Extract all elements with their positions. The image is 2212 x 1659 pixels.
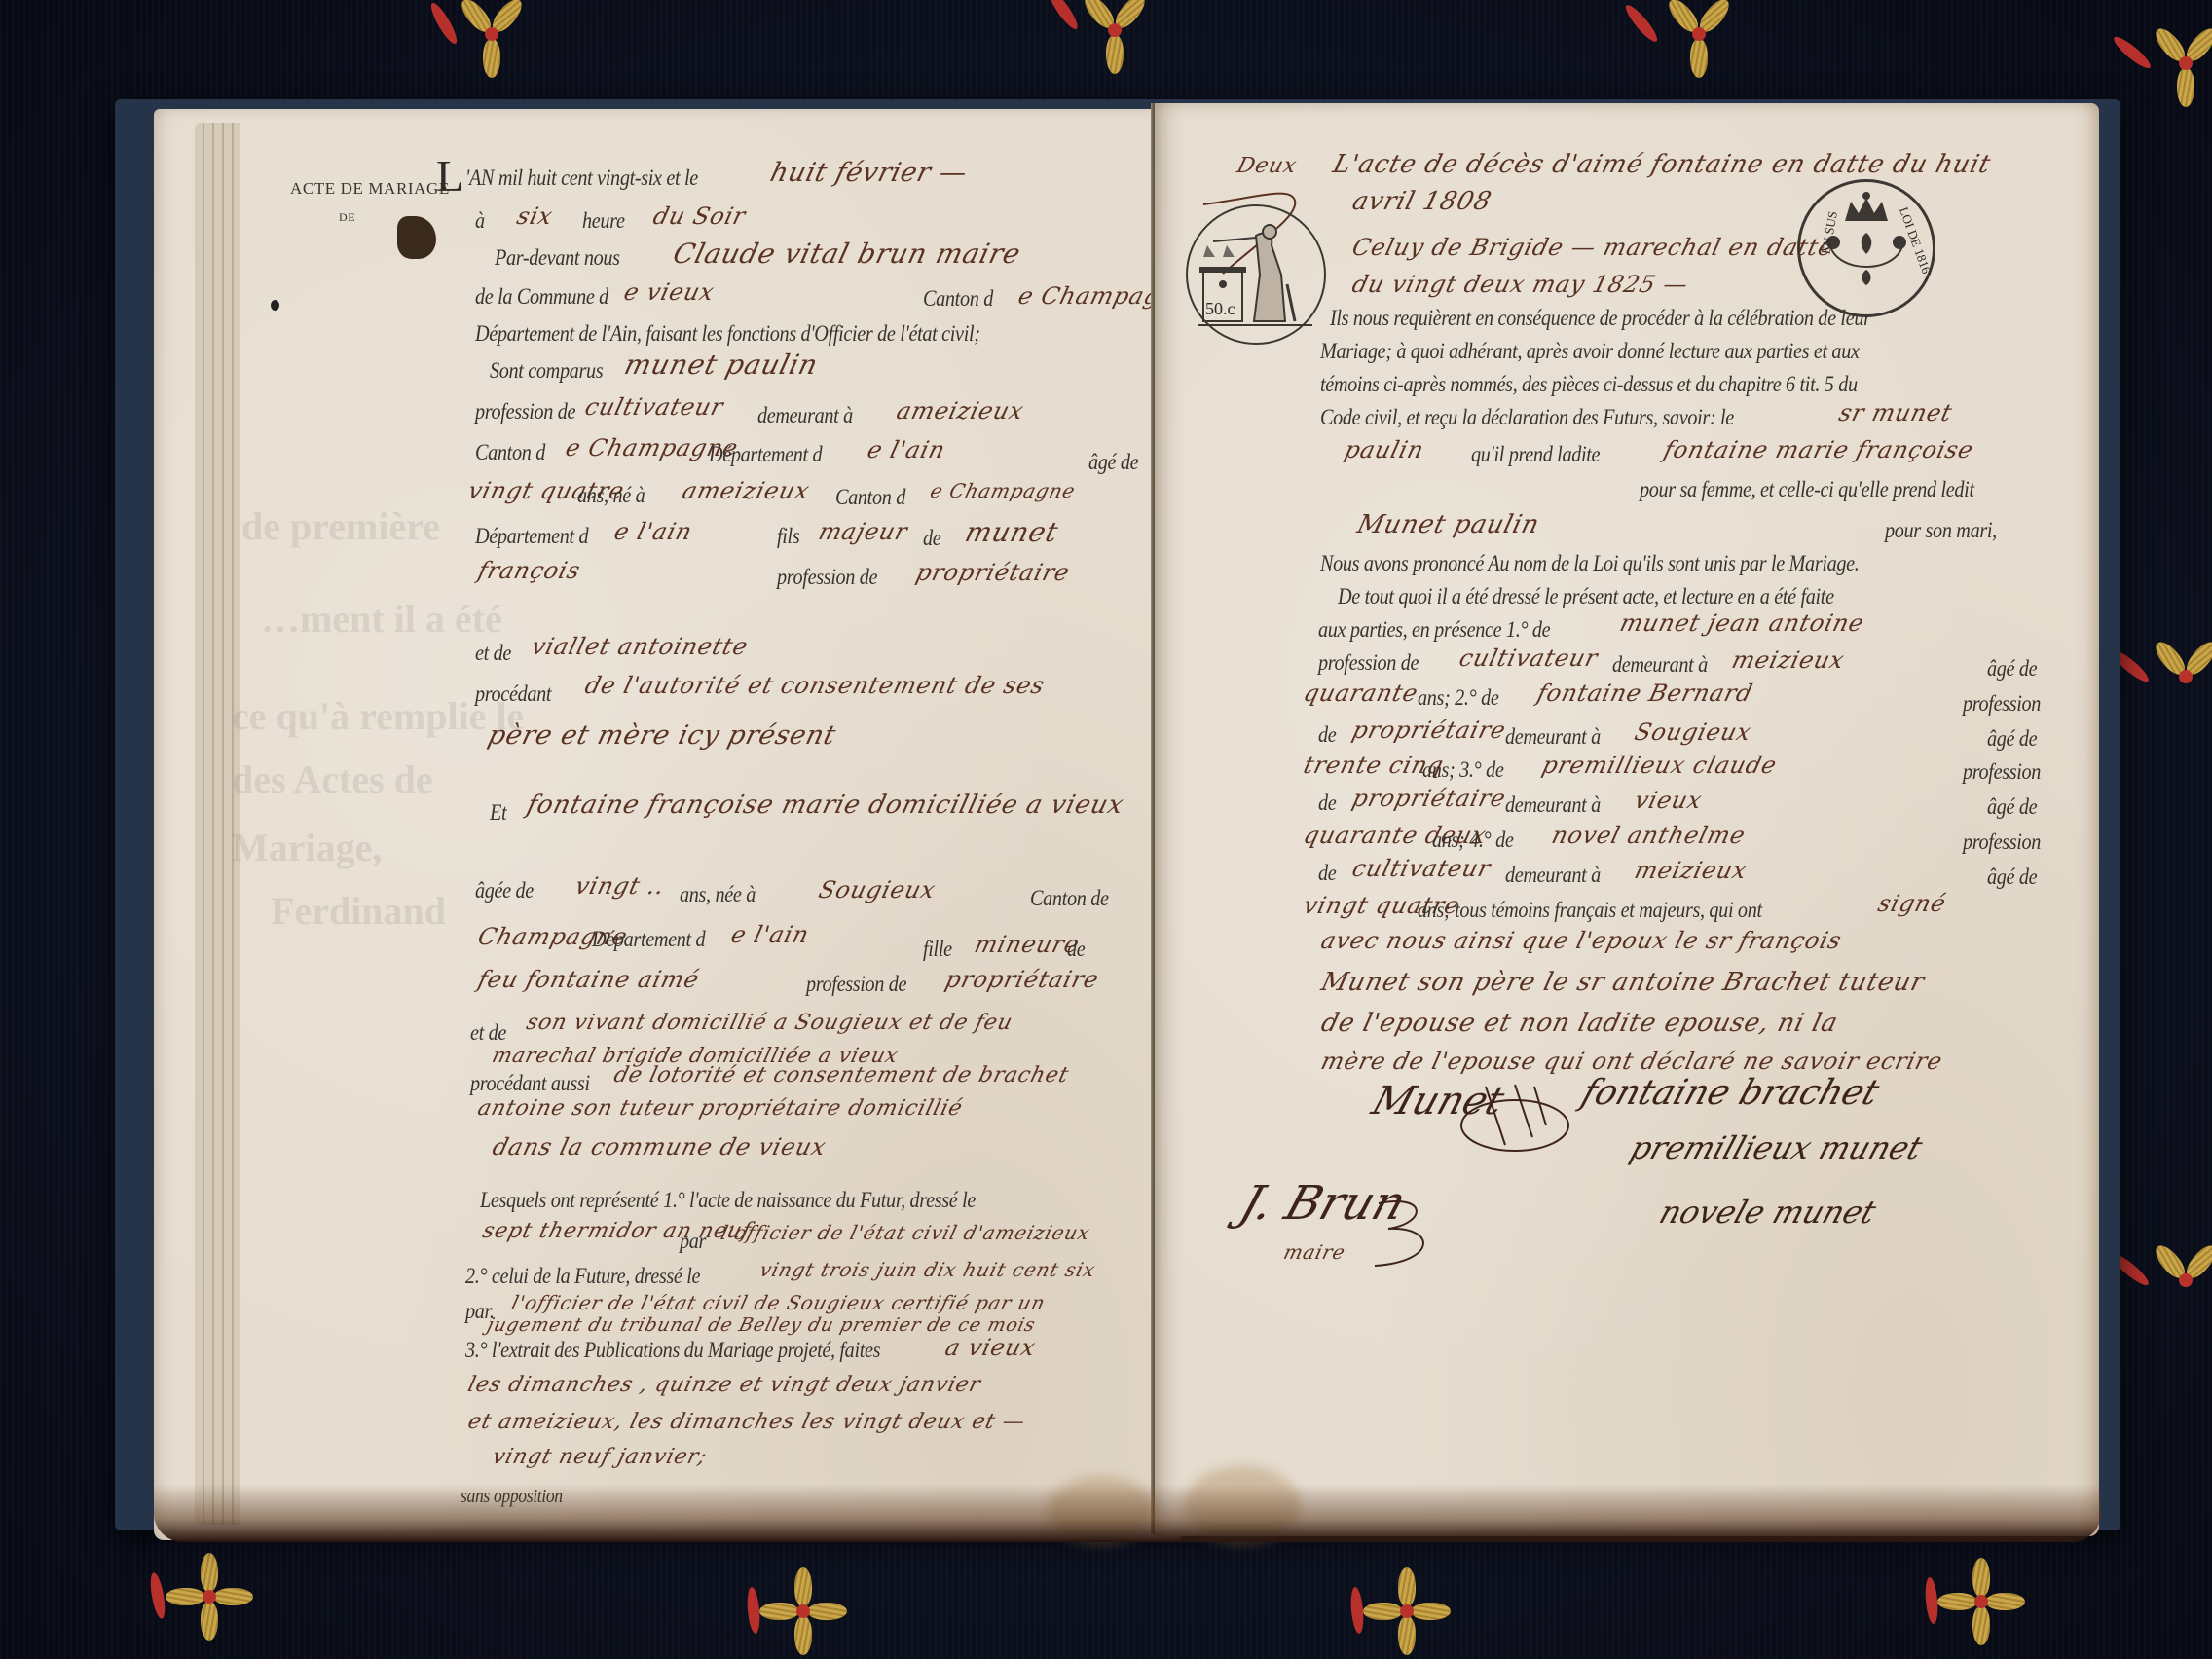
mayor-paraph [1369, 1194, 1447, 1272]
handwritten-profession: propriétaire [942, 966, 1102, 993]
handwritten-hour: six [514, 203, 556, 230]
printed-text: Département d [709, 442, 822, 467]
printed-text: ans; 3.° de [1422, 757, 1503, 783]
handwritten-death-date: du vingt deux may 1825 — [1349, 271, 1691, 298]
tax-stamp-50c: 50.c [1186, 204, 1326, 345]
printed-text: âgé de [1987, 794, 2037, 820]
handwritten-guardian: antoine son tuteur propriétaire domicill… [475, 1096, 965, 1121]
printed-text: procédant aussi [470, 1071, 590, 1096]
handwritten-bride-name: fontaine françoise marie domicilliée a v… [524, 791, 1126, 820]
handwritten-text: mère de l'epouse qui ont déclaré ne savo… [1318, 1048, 1945, 1075]
handwritten-residence: meizieux [1729, 646, 1848, 674]
handwritten-residence: ameizieux [894, 397, 1027, 424]
printed-text: pour son mari, [1885, 518, 1997, 543]
handwritten-commune: e vieux [621, 278, 718, 306]
handwritten-death-record: L'acte de décès d'aimé fontaine en datte… [1330, 150, 1994, 179]
handwritten-birthplace: Sougieux [816, 876, 939, 903]
handwritten-text: signé [1875, 890, 1949, 917]
printed-text: demeurant à [1505, 793, 1601, 818]
printed-text: âgé de [1987, 656, 2037, 682]
printed-text: 2.° celui de la Future, dressé le [465, 1264, 700, 1289]
printed-text: par [680, 1229, 706, 1254]
handwritten-witness-1: munet jean antoine [1617, 609, 1867, 637]
printed-text: de [1067, 937, 1085, 962]
show-through-text: …ment il a été [261, 596, 502, 642]
handwritten-profession: propriétaire [1349, 717, 1509, 744]
handwritten-death-record: Celuy de Brigide — marechal en datte [1349, 234, 1836, 261]
handwritten-witness-4: novel anthelme [1549, 822, 1749, 849]
torn-corner [397, 216, 436, 259]
right-page: Deux L'acte de décès d'aimé fontaine en … [1155, 103, 2099, 1536]
handwritten-groom-name: sr munet [1836, 399, 1955, 426]
handwritten-father-name: munet [962, 516, 1062, 548]
handwritten-text: mineure [972, 931, 1083, 958]
printed-text: heure [582, 208, 625, 234]
handwritten-birth-date: vingt trois juin dix huit cent six [757, 1258, 1098, 1281]
printed-text: ans, née à [680, 882, 756, 907]
printed-text: procédant [475, 682, 551, 707]
handwritten-profession: cultivateur [1349, 855, 1493, 882]
handwritten-text: du Soir [650, 203, 749, 230]
handwritten-text: jugement du tribunal de Belley du premie… [485, 1314, 1038, 1336]
printed-text: profession [1963, 759, 2041, 785]
handwritten-mayor-name: Claude vital brun maire [670, 238, 1024, 270]
handwritten-text: majeur [816, 518, 910, 545]
handwritten-text: son vivant domicillié a Sougieux et de f… [524, 1011, 1015, 1035]
embroidered-flower [1071, 0, 1159, 74]
printed-text: âgé de [1088, 450, 1138, 475]
printed-text: Nous avons prononcé Au nom de la Loi qu'… [1320, 551, 1860, 576]
handwritten-age: vingt .. [572, 872, 668, 900]
printed-text: Par-devant nous [495, 245, 620, 271]
burned-bottom-edge [154, 1484, 2101, 1542]
handwritten-profession: cultivateur [582, 393, 726, 421]
printed-text: profession de [475, 399, 575, 424]
handwritten-groom-name: Munet paulin [1354, 510, 1543, 539]
handwritten-death-date: avril 1808 [1349, 187, 1494, 216]
handwritten-text: avec nous ainsi que l'epoux le sr franço… [1318, 927, 1845, 954]
embroidered-flower [759, 1567, 847, 1655]
printed-text: Mariage; à quoi adhérant, après avoir do… [1320, 339, 1860, 364]
handwritten-text: e l'ain [611, 518, 695, 545]
handwritten-text: e Champagne [928, 479, 1078, 502]
printed-text: demeurant à [1505, 863, 1601, 888]
printed-text: et de [475, 641, 511, 666]
handwritten-residence: vieux [1632, 787, 1705, 814]
printed-text: Canton d [835, 485, 905, 510]
show-through-text: Ferdinand [271, 888, 446, 934]
handwritten-date: huit février — [767, 158, 971, 188]
printed-text: de la Commune d [475, 284, 608, 310]
handwritten-residence: Sougieux [1632, 719, 1754, 746]
signature-title-maire: maire [1281, 1240, 1348, 1264]
printed-text: ans; 4.° de [1432, 828, 1513, 853]
handwritten-text: père et mère icy présent [485, 720, 839, 751]
printed-text: Canton d [923, 286, 993, 312]
handwritten-text: a vieux [942, 1334, 1039, 1361]
handwritten-mother-name: viallet antoinette [529, 633, 751, 660]
handwritten-groom-firstname: paulin [1342, 436, 1427, 463]
show-through-text: de première [241, 503, 440, 549]
handwritten-text: e l'ain [865, 436, 948, 463]
printed-text: âgé de [1987, 865, 2037, 890]
embroidered-flower [1363, 1567, 1451, 1655]
show-through-text: Mariage, [232, 825, 382, 870]
printed-text: de [1318, 861, 1336, 886]
handwritten-bride-father: feu fontaine aimé [475, 966, 702, 993]
margin-de: DE [339, 210, 355, 225]
printed-text: Canton d [475, 440, 545, 465]
printed-text: 'AN mil huit cent vingt-six et le [465, 166, 698, 191]
handwritten-profession: propriétaire [913, 559, 1073, 586]
printed-text: Département d [592, 927, 705, 952]
drop-cap: L [436, 150, 463, 202]
printed-text: de [1318, 722, 1336, 748]
embroidered-flower [2142, 19, 2212, 107]
printed-text: de [923, 526, 940, 551]
left-page: de première …ment il a été ce qu'à rempl… [154, 109, 1181, 1540]
handwritten-residence: meizieux [1632, 857, 1751, 884]
printed-text: ans; 2.° de [1418, 685, 1498, 711]
printed-text: qu'il prend ladite [1471, 442, 1600, 467]
printed-text: ans; tous témoins français et majeurs, q… [1418, 898, 1762, 923]
page-stack-edges [195, 123, 240, 1525]
binding-hole [271, 300, 279, 311]
printed-text: profession [1963, 691, 2041, 717]
printed-text: fille [923, 937, 952, 962]
printed-text: Et [490, 800, 506, 826]
printed-text: demeurant à [757, 403, 853, 428]
printed-text: demeurant à [1505, 724, 1601, 750]
embroidered-flower [2142, 633, 2212, 720]
handwritten-age: quarante [1301, 680, 1421, 707]
handwritten-groom-name: munet paulin [621, 349, 822, 381]
show-through-text: des Actes de [232, 756, 433, 802]
handwritten-text: de l'autorité et consentement de ses [582, 672, 1048, 699]
printed-text: aux parties, en présence 1.° de [1318, 617, 1550, 643]
printed-text: profession de [1318, 650, 1419, 676]
handwritten-bride-name: fontaine marie françoise [1661, 436, 1976, 463]
embroidered-flower [1937, 1558, 2025, 1645]
signature-premillieux-munet: premillieux munet [1626, 1129, 1927, 1166]
printed-text: 3.° l'extrait des Publications du Mariag… [465, 1338, 880, 1363]
signature-flourish [1447, 1077, 1573, 1164]
printed-text: et de [470, 1020, 506, 1046]
handwritten-banns-dates: et ameizieux, les dimanches les vingt de… [465, 1410, 1028, 1434]
printed-text: témoins ci-après nommés, des pièces ci-d… [1320, 372, 1858, 397]
printed-text: Lesquels ont représenté 1.° l'acte de na… [480, 1188, 976, 1213]
printed-text: Ils nous requièrent en conséquence de pr… [1330, 306, 1871, 331]
embroidered-flower [448, 0, 535, 78]
margin-title: ACTE DE MARIAGE [290, 179, 450, 199]
printed-text: De tout quoi il a été dressé le présent … [1338, 584, 1834, 609]
printed-text: pour sa femme, et celle-ci qu'elle prend… [1640, 477, 1974, 502]
printed-text: ans, né à [577, 483, 645, 508]
embroidered-flower [1655, 0, 1743, 78]
printed-text: Département d [475, 524, 588, 549]
printed-text: profession de [777, 565, 877, 590]
royal-seal-stamp: EN SUS LOI DE 1816 [1797, 179, 1935, 317]
handwritten-profession: propriétaire [1349, 785, 1509, 812]
printed-text: Département de l'Ain, faisant les foncti… [475, 321, 980, 347]
signature-fontaine-brachet: fontaine brachet [1576, 1073, 1884, 1113]
printed-text: à [475, 208, 485, 234]
printed-text: demeurant à [1612, 652, 1708, 678]
handwritten-birth-date: sept thermidor an neuf [480, 1219, 754, 1243]
open-register-book: de première …ment il a été ce qu'à rempl… [115, 99, 2120, 1530]
printed-text: Code civil, et reçu la déclaration des F… [1320, 405, 1734, 430]
handwritten-text: dans la commune de vieux [490, 1133, 829, 1161]
printed-text: profession [1963, 829, 2041, 855]
printed-text: âgée de [475, 878, 534, 903]
handwritten-witness-3: premillieux claude [1539, 752, 1780, 779]
printed-text: Canton de [1030, 886, 1109, 911]
handwritten-profession: cultivateur [1456, 645, 1601, 672]
justice-figure-icon [1188, 206, 1324, 343]
handwritten-text: e l'ain [728, 921, 812, 948]
handwritten-father-firstname: françois [475, 557, 583, 584]
printed-text: profession de [806, 972, 906, 997]
printed-text: fils [777, 524, 799, 549]
handwritten-witness-2: fontaine Bernard [1534, 680, 1755, 707]
printed-text: Sont comparus [490, 358, 603, 384]
handwritten-text: Munet son père le sr antoine Brachet tut… [1318, 968, 1928, 997]
handwritten-text: de l'epouse et non ladite epouse, ni la [1318, 1009, 1841, 1038]
signature-novele-munet: novele munet [1655, 1194, 1881, 1231]
handwritten-banns-dates: les dimanches , quinze et vingt deux jan… [465, 1373, 983, 1397]
handwritten-birthplace: ameizieux [680, 477, 813, 504]
handwritten-text: vingt neuf janvier; [490, 1445, 710, 1469]
printed-text: âgé de [1987, 726, 2037, 752]
stamp-value: 50.c [1205, 299, 1235, 319]
handwritten-text: de lotorité et consentement de brachet [611, 1063, 1071, 1088]
embroidered-flower [2142, 1236, 2212, 1324]
printed-text: de [1318, 791, 1336, 816]
handwritten-text: l'officier de l'état civil de Sougieux c… [509, 1291, 1048, 1314]
embroidered-flower [166, 1553, 253, 1641]
handwritten-text: l'officier de l'état civil d'ameizieux [719, 1221, 1092, 1244]
